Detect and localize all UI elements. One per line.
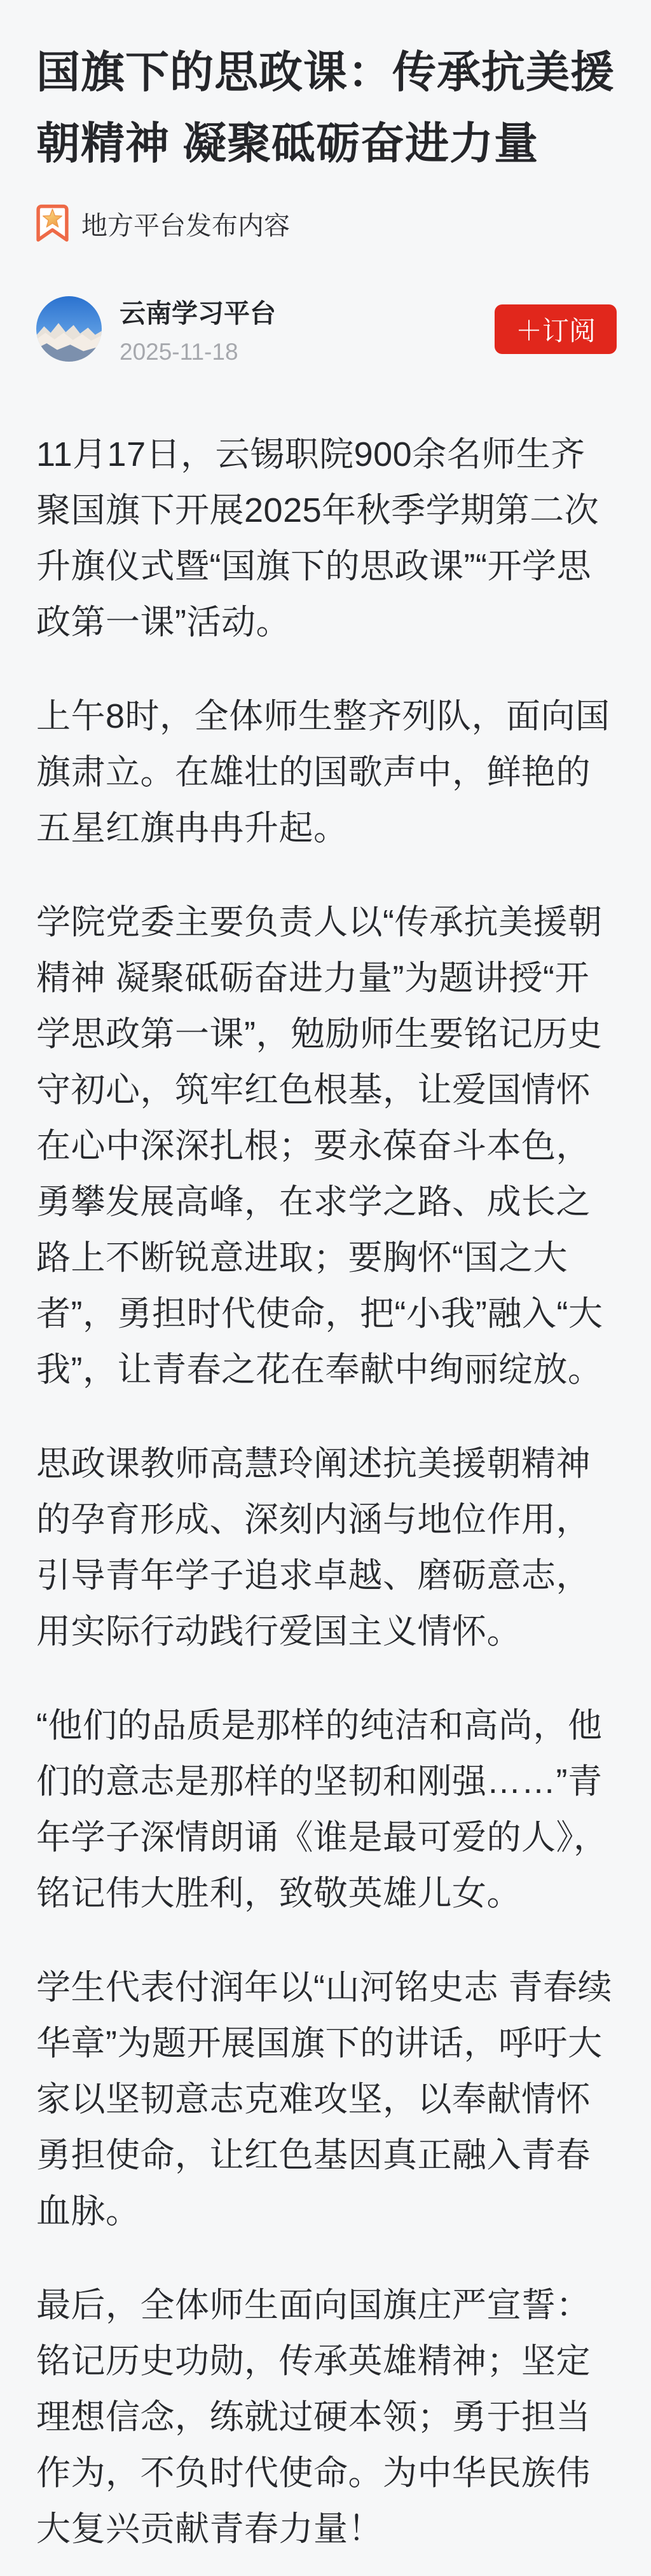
source-badge: 地方平台发布内容	[36, 203, 617, 243]
source-badge-label: 地方平台发布内容	[81, 205, 290, 242]
paragraph: 学生代表付润年以“山河铭史志 青春续华章”为题开展国旗下的讲话，呼吁大家以坚韧意…	[36, 1959, 617, 2239]
paragraph: 最后，全体师生面向国旗庄严宣誓：铭记历史功勋，传承英雄精神；坚定理想信念，练就过…	[36, 2277, 617, 2557]
author-name: 云南学习平台	[120, 292, 276, 330]
article-body: 11月17日，云锡职院900余名师生齐聚国旗下开展2025年秋季学期第二次升旗仪…	[36, 426, 617, 2557]
bookmark-star-icon	[36, 204, 69, 242]
paragraph: 11月17日，云锡职院900余名师生齐聚国旗下开展2025年秋季学期第二次升旗仪…	[36, 426, 617, 650]
paragraph: 上午8时，全体师生整齐列队，面向国旗肃立。在雄壮的国歌声中，鲜艳的五星红旗冉冉升…	[36, 688, 617, 856]
avatar-mountain-image	[36, 296, 102, 362]
author-row[interactable]: 云南学习平台 2025-11-18 ＋订阅	[36, 292, 617, 365]
paragraph: 思政课教师高慧玲阐述抗美援朝精神的孕育形成、深刻内涵与地位作用，引导青年学子追求…	[36, 1436, 617, 1659]
article-page: 国旗下的思政课：传承抗美援朝精神 凝聚砥砺奋进力量 地方平台发布内容	[0, 37, 651, 2576]
publish-date: 2025-11-18	[120, 339, 276, 365]
paragraph: 学院党委主要负责人以“传承抗美援朝精神 凝聚砥砺奋进力量”为题讲授“开学思政第一…	[36, 894, 617, 1398]
paragraph: “他们的品质是那样的纯洁和高尚，他们的意志是那样的坚韧和刚强……”青年学子深情朗…	[36, 1698, 617, 1921]
avatar[interactable]	[36, 296, 102, 362]
subscribe-button[interactable]: ＋订阅	[495, 304, 617, 354]
author-meta: 云南学习平台 2025-11-18	[120, 292, 276, 365]
page-title: 国旗下的思政课：传承抗美援朝精神 凝聚砥砺奋进力量	[36, 37, 617, 179]
